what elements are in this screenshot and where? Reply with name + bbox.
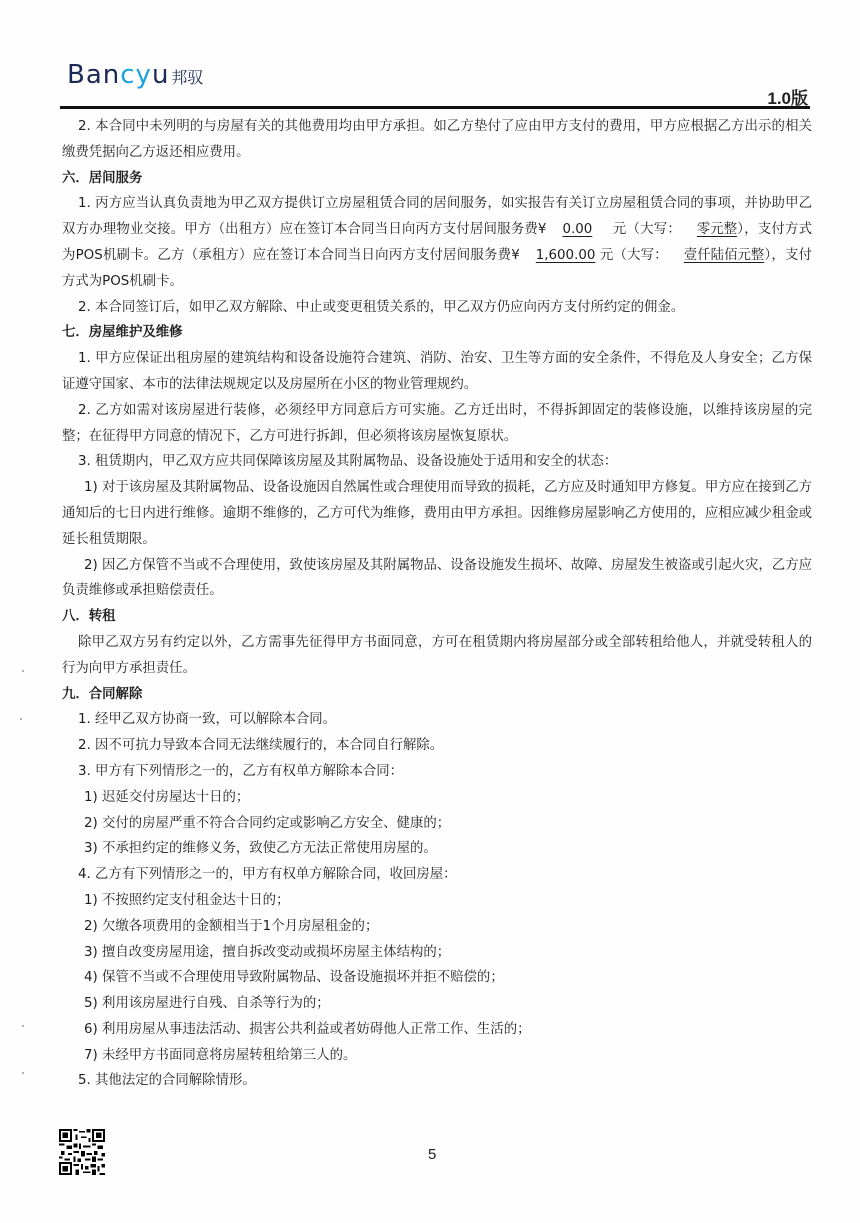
section-6-title: 六．居间服务 — [62, 166, 812, 192]
section-7-title: 七．房屋维护及维修 — [62, 320, 812, 346]
clause-5-item-2: 2. 本合同中未列明的与房屋有关的其他费用均由甲方承担。如乙方垫付了应由甲方支付… — [62, 114, 812, 166]
clause-7-item-2: 2. 乙方如需对该房屋进行装修，必须经甲方同意后方可实施。乙方迁出时，不得拆卸固… — [62, 398, 812, 450]
scan-speck — [20, 718, 22, 720]
clause-7-item-1: 1. 甲方应保证出租房屋的建筑结构和设备设施符合建筑、消防、治安、卫生等方面的安… — [62, 346, 812, 398]
clause-9-item-3: 3. 甲方有下列情形之一的，乙方有权单方解除本合同： — [62, 759, 812, 785]
clause-9-item-4: 4. 乙方有下列情形之一的，甲方有权单方解除合同，收回房屋： — [62, 862, 812, 888]
clause-7-item-3: 3. 租赁期内，甲乙双方应共同保障该房屋及其附属物品、设备设施处于适用和安全的状… — [62, 449, 812, 475]
brand-logo: Bancyu 邦驭 — [67, 60, 203, 90]
clause-9-item-5: 5. 其他法定的合同解除情形。 — [62, 1068, 812, 1094]
clause-7-item-3-1: 1) 对于该房屋及其附属物品、设备设施因自然属性或合理使用而导致的损耗，乙方应及… — [62, 475, 812, 552]
tenant-fee-words-field: 壹仟陆佰元整 — [668, 243, 764, 269]
contract-body: 2. 本合同中未列明的与房屋有关的其他费用均由甲方承担。如乙方垫付了应由甲方支付… — [62, 114, 812, 1094]
clause-9-item-3-sub: 1) 迟延交付房屋达十日的； — [62, 785, 812, 811]
header-divider — [60, 106, 810, 109]
clause-9-item-4-sub: 6) 利用房屋从事违法活动、损害公共利益或者妨碍他人正常工作、生活的； — [62, 1017, 812, 1043]
scan-speck — [22, 670, 24, 672]
clause-9-item-3-sub: 3) 不承担约定的维修义务，致使乙方无法正常使用房屋的。 — [62, 836, 812, 862]
clause-9-item-2: 2. 因不可抗力导致本合同无法继续履行的，本合同自行解除。 — [62, 733, 812, 759]
landlord-fee-words-field: 零元整 — [681, 217, 737, 243]
landlord-fee-field: 0.00 — [546, 217, 608, 243]
clause-6-item-2: 2. 本合同签订后，如甲乙双方解除、中止或变更租赁关系的，甲乙双方仍应向丙方支付… — [62, 295, 812, 321]
scan-speck — [22, 1025, 24, 1027]
clause-7-item-3-2: 2) 因乙方保管不当或不合理使用，致使该房屋及其附属物品、设备设施发生损坏、故障… — [62, 553, 812, 605]
clause-9-item-4-sub: 2) 欠缴各项费用的金额相当于1个月房屋租金的； — [62, 914, 812, 940]
section-9-title: 九．合同解除 — [62, 682, 812, 708]
document-page: Bancyu 邦驭 1.0版 2. 本合同中未列明的与房屋有关的其他费用均由甲方… — [0, 0, 860, 1223]
tenant-fee-field: 1,600.00 — [520, 243, 596, 269]
clause-9-item-4-sub: 4) 保管不当或不合理使用导致附属物品、设备设施损坏并拒不赔偿的； — [62, 965, 812, 991]
logo-chinese: 邦驭 — [171, 65, 203, 88]
clause-9-item-3-sub: 2) 交付的房屋严重不符合合同约定或影响乙方安全、健康的； — [62, 811, 812, 837]
qr-code-icon — [58, 1129, 106, 1175]
clause-9-item-4-sub: 5) 利用该房屋进行自残、自杀等行为的； — [62, 991, 812, 1017]
clause-8-body: 除甲乙双方另有约定以外，乙方需事先征得甲方书面同意，方可在租赁期内将房屋部分或全… — [62, 630, 812, 682]
clause-9-item-1: 1. 经甲乙双方协商一致，可以解除本合同。 — [62, 707, 812, 733]
clause-6-item-1: 1. 丙方应当认真负责地为甲乙双方提供订立房屋租赁合同的居间服务，如实报告有关订… — [62, 191, 812, 294]
clause-9-item-4-sub: 3) 擅自改变房屋用途，擅自拆改变动或损坏房屋主体结构的； — [62, 940, 812, 966]
logo-wordmark: Bancyu — [67, 60, 169, 90]
clause-9-item-4-sub: 7) 未经甲方书面同意将房屋转租给第三人的。 — [62, 1043, 812, 1069]
section-8-title: 八．转租 — [62, 604, 812, 630]
clause-9-item-4-sub: 1) 不按照约定支付租金达十日的； — [62, 888, 812, 914]
scan-speck — [22, 1072, 24, 1074]
page-number: 5 — [428, 1146, 436, 1163]
